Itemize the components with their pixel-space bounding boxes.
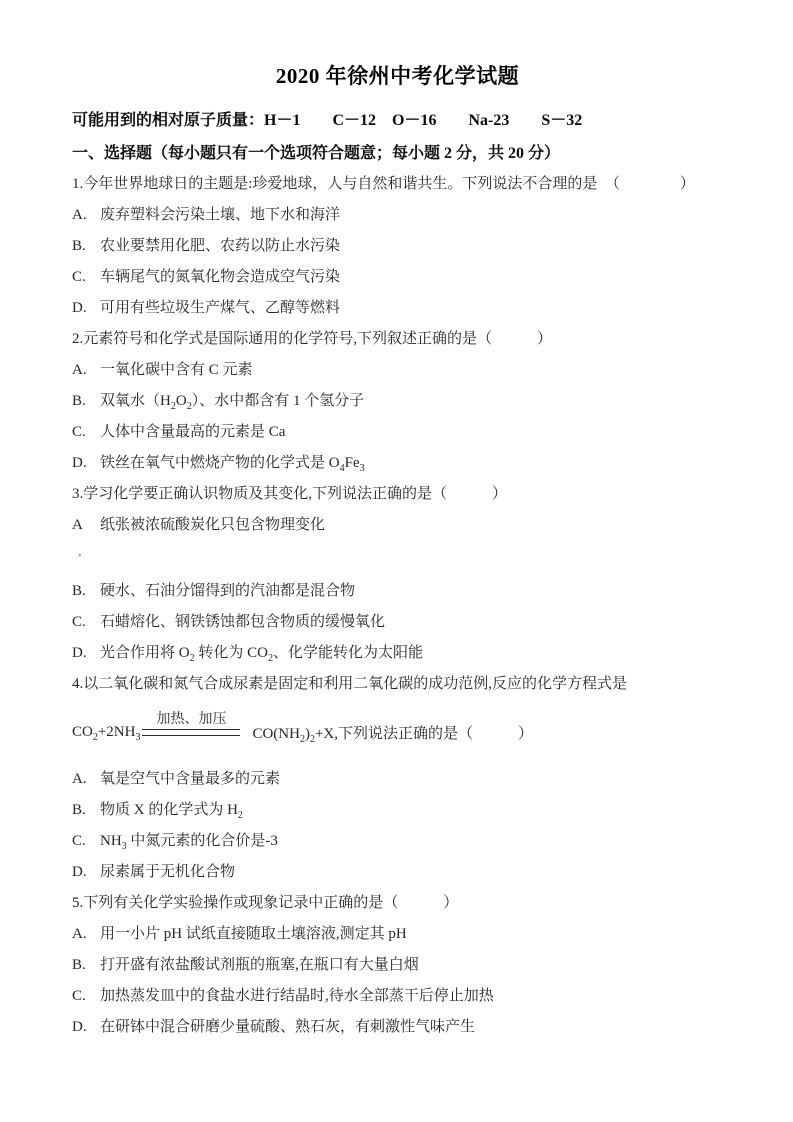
option-label: C. (72, 262, 100, 293)
option-row: A纸张被浓硫酸炭化只包含物理变化 (72, 510, 723, 541)
option-label: B. (72, 386, 100, 417)
option-row: D.在研钵中混合研磨少量硫酸、熟石灰，有刺激性气味产生 (72, 1012, 723, 1043)
reaction-condition: 加热、加压 (142, 729, 240, 736)
question-4: 4.以二氧化碳和氮气合成尿素是固定和利用二氧化碳的成功范例,反应的化学方程式是 … (72, 669, 723, 888)
option-text: 人体中含量最高的元素是 Ca (100, 424, 285, 440)
option-text: 硬水、石油分馏得到的汽油都是混合物 (100, 583, 355, 599)
double-line (142, 729, 240, 736)
question-stem: 5.下列有关化学实验操作或现象记录中正确的是（ ） (72, 888, 723, 919)
option-row: B.打开盛有浓盐酸试剂瓶的瓶塞,在瓶口有大量白烟 (72, 950, 723, 981)
option-label: D. (72, 448, 100, 479)
chemical-equation: CO2+2NH3 加热、加压 CO(NH2)2+X,下列说法正确的是（ ） (72, 700, 723, 764)
option-text: 氧是空气中含量最多的元素 (100, 771, 280, 787)
option-row: B.物质 X 的化学式为 H2 (72, 795, 723, 826)
option-label: A. (72, 200, 100, 231)
condition-text: 加热、加压 (156, 708, 226, 728)
option-text: 在研钵中混合研磨少量硫酸、熟石灰，有刺激性气味产生 (100, 1019, 475, 1035)
option-label: A. (72, 764, 100, 795)
equation-right: CO(NH2)2+X,下列说法正确的是（ ） (252, 722, 533, 743)
option-text: 打开盛有浓盐酸试剂瓶的瓶塞,在瓶口有大量白烟 (100, 957, 419, 973)
question-stem: 2.元素符号和化学式是国际通用的化学符号,下列叙述正确的是（ ） (72, 324, 723, 355)
question-stem: 3.学习化学要正确认识物质及其变化,下列说法正确的是（ ） (72, 479, 723, 510)
option-label: B. (72, 795, 100, 826)
option-row: C.NH3 中氮元素的化合价是-3 (72, 826, 723, 857)
atomic-mass-note: 可能用到的相对原子质量：H－1 C－12 O－16 Na-23 S－32 (72, 110, 723, 132)
question-stem: 4.以二氧化碳和氮气合成尿素是固定和利用二氧化碳的成功范例,反应的化学方程式是 (72, 669, 723, 700)
option-row: D.尿素属于无机化合物 (72, 857, 723, 888)
question-3: 3.学习化学要正确认识物质及其变化,下列说法正确的是（ ） A纸张被浓硫酸炭化只… (72, 479, 723, 669)
page-title: 2020 年徐州中考化学试题 (72, 62, 723, 90)
stray-mark: ’ (78, 552, 723, 565)
equation-left: CO2+2NH3 (72, 724, 140, 741)
option-row: D.铁丝在氧气中燃烧产物的化学式是 O4Fe3 (72, 448, 723, 479)
option-row: B.双氧水（H2O2）、水中都含有 1 个氢分子 (72, 386, 723, 417)
option-text: 尿素属于无机化合物 (100, 864, 235, 880)
option-row: A.氧是空气中含量最多的元素 (72, 764, 723, 795)
option-text: 可用有些垃圾生产煤气、乙醇等燃料 (100, 300, 340, 316)
option-label: D. (72, 638, 100, 669)
option-text: 铁丝在氧气中燃烧产物的化学式是 O4Fe3 (100, 455, 365, 471)
option-label: A. (72, 355, 100, 386)
option-label: C. (72, 607, 100, 638)
option-text: 石蜡熔化、钢铁锈蚀都包含物质的缓慢氧化 (100, 614, 385, 630)
option-text: 双氧水（H2O2）、水中都含有 1 个氢分子 (100, 393, 364, 409)
option-text: 废弃塑料会污染土壤、地下水和海洋 (100, 207, 340, 223)
option-label: C. (72, 826, 100, 857)
option-text: 加热蒸发皿中的食盐水进行结晶时,待水全部蒸干后停止加热 (100, 988, 494, 1004)
option-row: B.农业要禁用化肥、农药以防止水污染 (72, 231, 723, 262)
option-text: 物质 X 的化学式为 H2 (100, 802, 243, 818)
option-row: C.人体中含量最高的元素是 Ca (72, 417, 723, 448)
option-label: D. (72, 1012, 100, 1043)
option-text: 车辆尾气的氮氧化物会造成空气污染 (100, 269, 340, 285)
option-row: A.用一小片 pH 试纸直接随取土壤溶液,测定其 pH (72, 919, 723, 950)
option-label: D. (72, 857, 100, 888)
option-label: B. (72, 231, 100, 262)
option-label: C. (72, 981, 100, 1012)
question-2: 2.元素符号和化学式是国际通用的化学符号,下列叙述正确的是（ ） A.一氧化碳中… (72, 324, 723, 479)
option-label: A. (72, 919, 100, 950)
option-row: B.硬水、石油分馏得到的汽油都是混合物 (72, 576, 723, 607)
option-row: A.一氧化碳中含有 C 元素 (72, 355, 723, 386)
option-text: 光合作用将 O2 转化为 CO2、化学能转化为太阳能 (100, 645, 423, 661)
option-row: D.可用有些垃圾生产煤气、乙醇等燃料 (72, 293, 723, 324)
option-row: D.光合作用将 O2 转化为 CO2、化学能转化为太阳能 (72, 638, 723, 669)
option-label: D. (72, 293, 100, 324)
question-stem: 1.今年世界地球日的主题是:珍爱地球，人与自然和谐共生。下列说法不合理的是 （ … (72, 169, 723, 200)
option-row: C.加热蒸发皿中的食盐水进行结晶时,待水全部蒸干后停止加热 (72, 981, 723, 1012)
option-text: 纸张被浓硫酸炭化只包含物理变化 (100, 517, 325, 533)
option-label: B. (72, 576, 100, 607)
option-text: 一氧化碳中含有 C 元素 (100, 362, 253, 378)
question-5: 5.下列有关化学实验操作或现象记录中正确的是（ ） A.用一小片 pH 试纸直接… (72, 888, 723, 1043)
option-text: NH3 中氮元素的化合价是-3 (100, 833, 278, 849)
option-row: A.废弃塑料会污染土壤、地下水和海洋 (72, 200, 723, 231)
option-text: 农业要禁用化肥、农药以防止水污染 (100, 238, 340, 254)
option-label: C. (72, 417, 100, 448)
option-label: A (72, 510, 100, 541)
question-1: 1.今年世界地球日的主题是:珍爱地球，人与自然和谐共生。下列说法不合理的是 （ … (72, 169, 723, 324)
option-text: 用一小片 pH 试纸直接随取土壤溶液,测定其 pH (100, 926, 407, 942)
exam-page: 2020 年徐州中考化学试题 可能用到的相对原子质量：H－1 C－12 O－16… (0, 0, 793, 1043)
option-row: C.石蜡熔化、钢铁锈蚀都包含物质的缓慢氧化 (72, 607, 723, 638)
section-heading: 一、选择题（每小题只有一个选项符合题意；每小题 2 分，共 20 分） (72, 143, 723, 165)
option-row: C.车辆尾气的氮氧化物会造成空气污染 (72, 262, 723, 293)
option-label: B. (72, 950, 100, 981)
